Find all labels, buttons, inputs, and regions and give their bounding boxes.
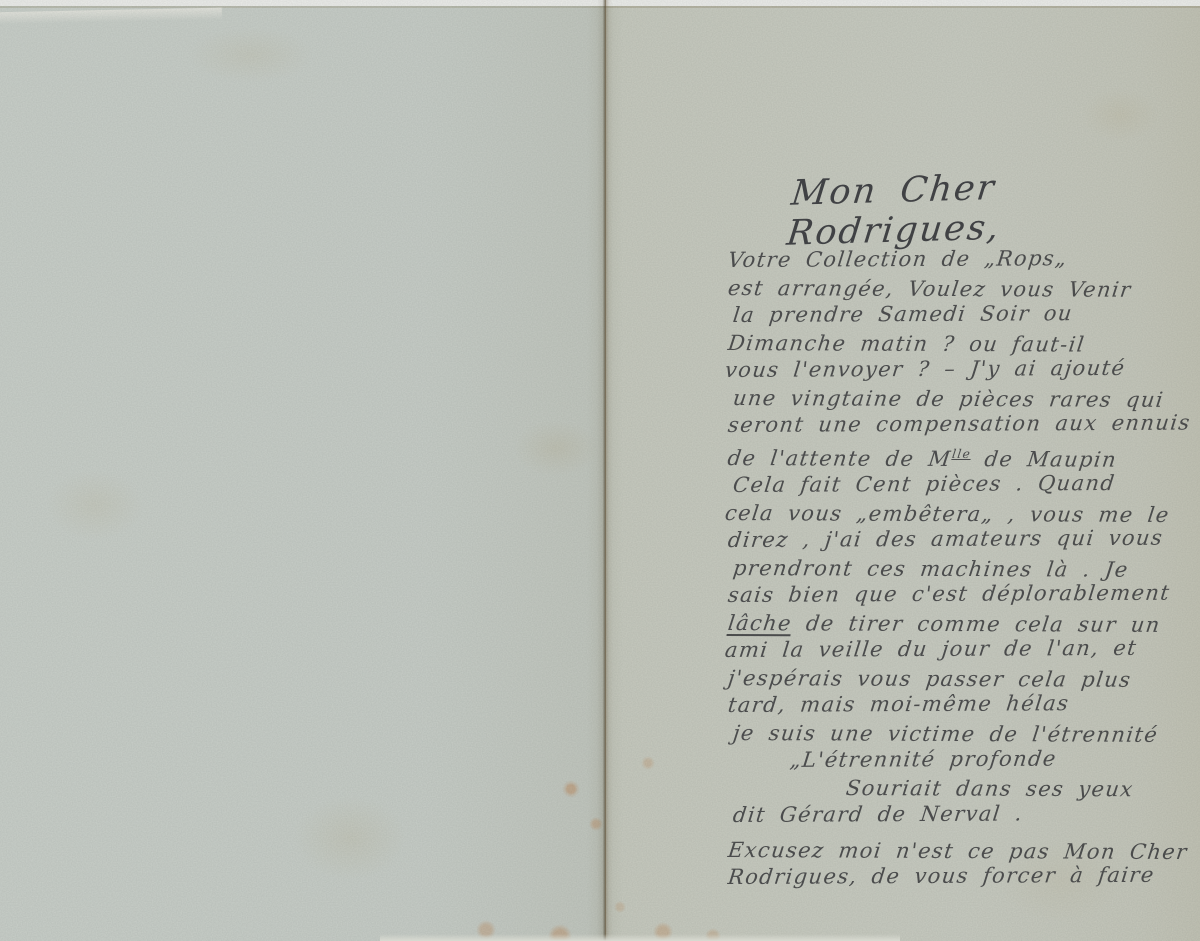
- quote-line: „L'étrennité profonde: [788, 745, 1199, 775]
- fold-crease: [597, 0, 613, 941]
- handwriting-line: sais bien que c'est déplorablement: [726, 580, 1200, 610]
- superscript-lle: lle: [951, 446, 972, 460]
- line-text: de l'attente de M: [726, 446, 953, 471]
- handwriting-line: direz , j'ai des amateurs qui vous: [726, 525, 1200, 555]
- handwriting-line: ami la veille du jour de l'an, et: [723, 635, 1200, 665]
- line-text: de Maupin: [969, 447, 1118, 472]
- handwriting-line: Cela fait Cent pièces . Quand: [731, 470, 1200, 500]
- underlined-word: lâche: [727, 611, 794, 635]
- quote-attribution: dit Gérard de Nerval .: [731, 800, 1200, 830]
- line-text: de tirer comme cela sur un: [790, 611, 1162, 637]
- handwriting-line: seront une compensation aux ennuis: [726, 410, 1200, 440]
- handwriting-line-maupin: de l'attente de Mlle de Maupin: [726, 440, 1200, 475]
- paper-bottom-edge-highlight: [380, 934, 900, 941]
- handwriting-line: tard, mais moi-même hélas: [726, 690, 1200, 720]
- letter-salutation: Mon Cher Rodrigues,: [785, 162, 1200, 253]
- letter-scan: Mon Cher Rodrigues, Votre Collection de …: [0, 0, 1200, 941]
- handwriting-line: Votre Collection de „Rops„: [726, 245, 1200, 275]
- handwriting-line: Rodrigues, de vous forcer à faire: [726, 862, 1200, 892]
- letter-body: Votre Collection de „Rops„ est arrangée,…: [728, 247, 1198, 892]
- handwriting-line: la prendre Samedi Soir ou: [731, 300, 1200, 330]
- handwriting-line: vous l'envoyer ? – J'y ai ajouté: [723, 355, 1200, 385]
